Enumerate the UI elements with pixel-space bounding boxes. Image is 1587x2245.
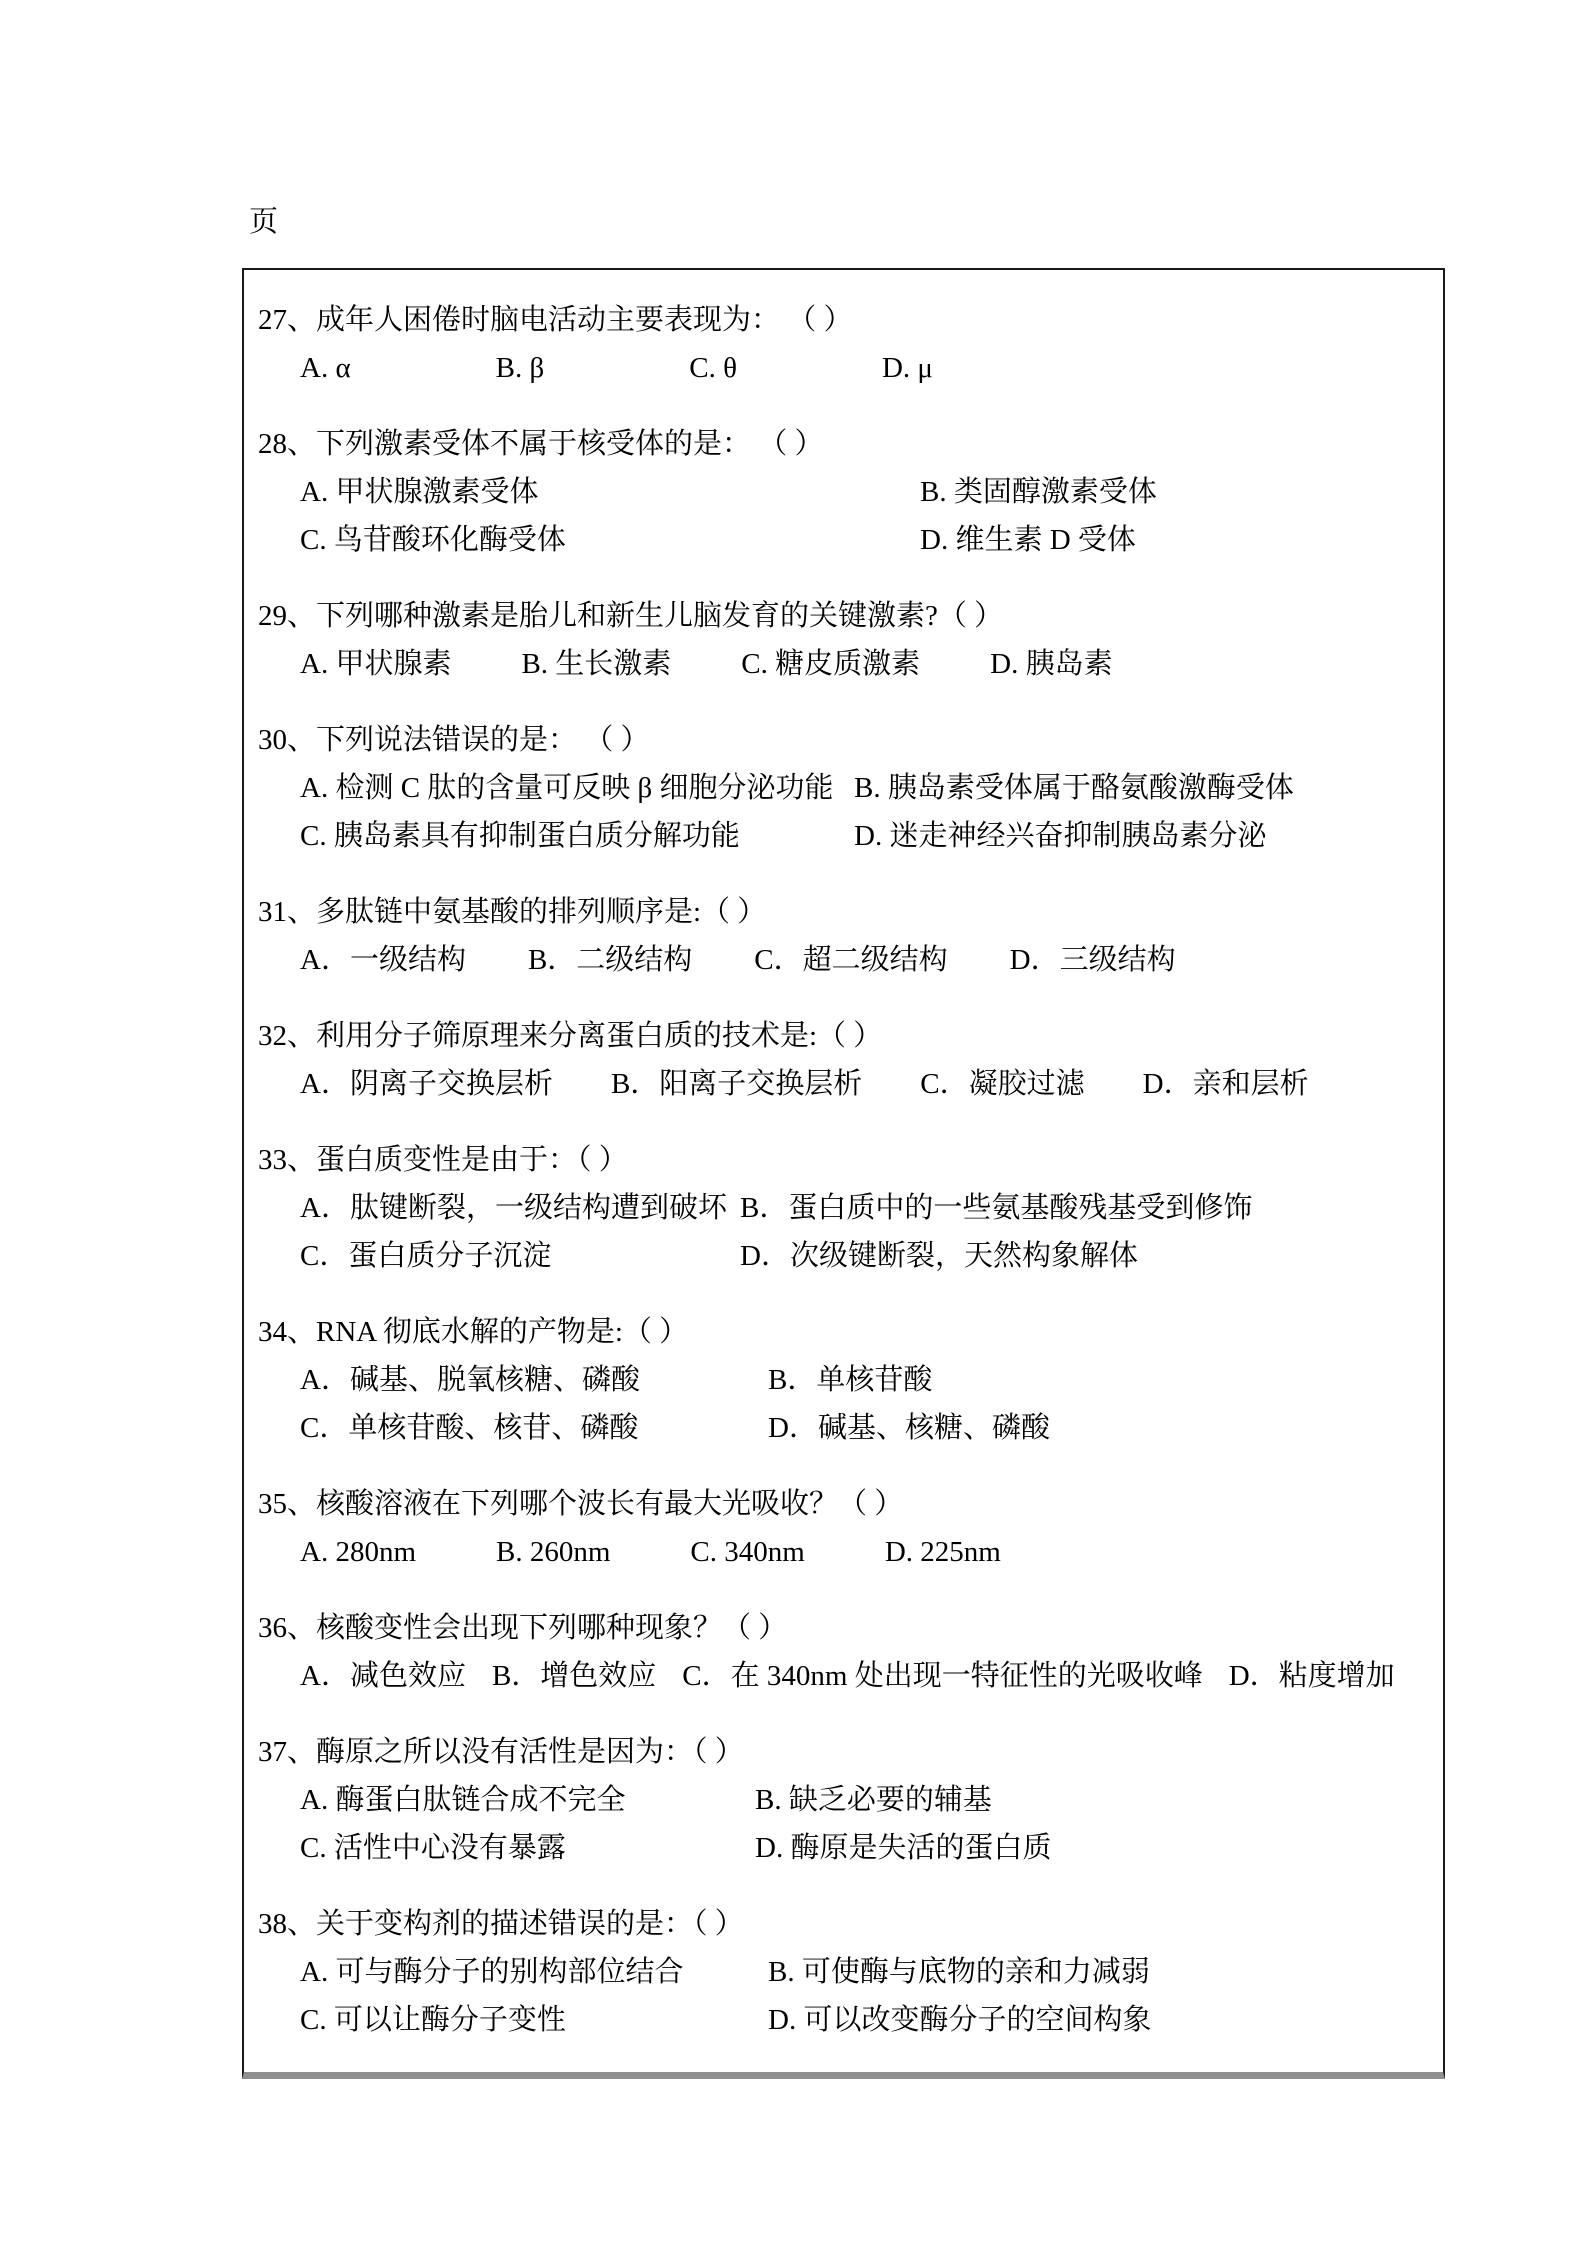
question-32: 32、利用分子筛原理来分离蛋白质的技术是:（ ） A．阴离子交换层析 B．阳离子… [258,1012,1425,1108]
question-37-option-d: D. 酶原是失活的蛋白质 [755,1824,1425,1872]
question-27-option-d: D. μ [882,344,933,392]
question-27-option-c: C. θ [689,344,737,392]
question-35-options: A. 280nm B. 260nm C. 340nm D. 225nm [258,1528,1425,1576]
question-37-option-c: C. 活性中心没有暴露 [300,1824,755,1872]
question-38-option-d: D. 可以改变酶分子的空间构象 [768,1996,1425,2044]
question-28: 28、下列激素受体不属于核受体的是： （ ） A. 甲状腺激素受体 B. 类固醇… [258,420,1425,564]
question-28-option-d: D. 维生素 D 受体 [920,516,1425,564]
question-33-stem: 33、蛋白质变性是由于：（ ） [258,1136,1425,1184]
question-36-stem: 36、核酸变性会出现下列哪种现象？（ ） [258,1604,1425,1652]
question-38-options-row-2: C. 可以让酶分子变性 D. 可以改变酶分子的空间构象 [258,1996,1425,2044]
question-36-option-c: C．在 340nm 处出现一特征性的光吸收峰 [682,1652,1202,1700]
question-29: 29、下列哪种激素是胎儿和新生儿脑发育的关键激素?（ ） A. 甲状腺素 B. … [258,592,1425,688]
page-corner-label: 页 [249,205,278,239]
question-37-options-row-1: A. 酶蛋白肽链合成不完全 B. 缺乏必要的辅基 [258,1776,1425,1824]
question-30-stem: 30、下列说法错误的是： （ ） [258,716,1425,764]
question-38-option-c: C. 可以让酶分子变性 [300,1996,768,2044]
question-35-option-d: D. 225nm [885,1528,1001,1576]
question-37: 37、酶原之所以没有活性是因为：（ ） A. 酶蛋白肽链合成不完全 B. 缺乏必… [258,1728,1425,1872]
question-37-option-b: B. 缺乏必要的辅基 [755,1776,1425,1824]
question-33-options-row-2: C．蛋白质分子沉淀 D．次级键断裂，天然构象解体 [258,1232,1425,1280]
question-35-option-a: A. 280nm [300,1528,416,1576]
question-30-options-row-2: C. 胰岛素具有抑制蛋白质分解功能 D. 迷走神经兴奋抑制胰岛素分泌 [258,812,1425,860]
question-31-option-c: C．超二级结构 [754,936,947,984]
question-37-option-a: A. 酶蛋白肽链合成不完全 [300,1776,755,1824]
question-28-option-b: B. 类固醇激素受体 [920,468,1425,516]
question-30-option-c: C. 胰岛素具有抑制蛋白质分解功能 [300,812,854,860]
question-34-option-c: C．单核苷酸、核苷、磷酸 [300,1404,768,1452]
questions-box: 27、成年人困倦时脑电活动主要表现为： （ ） A. α B. β C. θ D… [242,268,1445,2079]
question-31: 31、多肽链中氨基酸的排列顺序是:（ ） A．一级结构 B．二级结构 C．超二级… [258,888,1425,984]
question-38-option-a: A. 可与酶分子的别构部位结合 [300,1948,768,1996]
question-36-option-a: A．减色效应 [300,1652,466,1700]
question-31-stem: 31、多肽链中氨基酸的排列顺序是:（ ） [258,888,1425,936]
question-27-option-a: A. α [300,344,351,392]
question-33-option-a: A．肽键断裂，一级结构遭到破坏 [300,1184,740,1232]
question-30-options-row-1: A. 检测 C 肽的含量可反映 β 细胞分泌功能 B. 胰岛素受体属于酪氨酸激酶… [258,764,1425,812]
question-34: 34、RNA 彻底水解的产物是:（ ） A．碱基、脱氧核糖、磷酸 B．单核苷酸 … [258,1308,1425,1452]
question-36-option-b: B．增色效应 [492,1652,656,1700]
question-34-option-a: A．碱基、脱氧核糖、磷酸 [300,1356,768,1404]
question-34-option-d: D．碱基、核糖、磷酸 [768,1404,1425,1452]
question-29-option-a: A. 甲状腺素 [300,640,451,688]
question-38-stem: 38、关于变构剂的描述错误的是：（ ） [258,1900,1425,1948]
question-36-options: A．减色效应 B．增色效应 C．在 340nm 处出现一特征性的光吸收峰 D．粘… [258,1652,1425,1700]
question-32-stem: 32、利用分子筛原理来分离蛋白质的技术是:（ ） [258,1012,1425,1060]
question-28-options-row-2: C. 鸟苷酸环化酶受体 D. 维生素 D 受体 [258,516,1425,564]
question-33-option-c: C．蛋白质分子沉淀 [300,1232,740,1280]
question-33-option-b: B．蛋白质中的一些氨基酸残基受到修饰 [740,1184,1425,1232]
question-33-option-d: D．次级键断裂，天然构象解体 [740,1232,1425,1280]
question-28-options-row-1: A. 甲状腺激素受体 B. 类固醇激素受体 [258,468,1425,516]
question-27-option-b: B. β [496,344,545,392]
question-31-option-d: D．三级结构 [1010,936,1176,984]
question-29-option-d: D. 胰岛素 [990,640,1112,688]
question-38-option-b: B. 可使酶与底物的亲和力减弱 [768,1948,1425,1996]
question-32-option-c: C．凝胶过滤 [920,1060,1084,1108]
question-33-options-row-1: A．肽键断裂，一级结构遭到破坏 B．蛋白质中的一些氨基酸残基受到修饰 [258,1184,1425,1232]
question-29-option-b: B. 生长激素 [521,640,671,688]
question-27-stem: 27、成年人困倦时脑电活动主要表现为： （ ） [258,296,1425,344]
question-28-stem: 28、下列激素受体不属于核受体的是： （ ） [258,420,1425,468]
question-31-option-a: A．一级结构 [300,936,466,984]
question-37-options-row-2: C. 活性中心没有暴露 D. 酶原是失活的蛋白质 [258,1824,1425,1872]
question-27: 27、成年人困倦时脑电活动主要表现为： （ ） A. α B. β C. θ D… [258,296,1425,392]
question-30-option-a: A. 检测 C 肽的含量可反映 β 细胞分泌功能 [300,764,854,812]
question-36: 36、核酸变性会出现下列哪种现象？（ ） A．减色效应 B．增色效应 C．在 3… [258,1604,1425,1700]
question-30-option-d: D. 迷走神经兴奋抑制胰岛素分泌 [854,812,1425,860]
question-27-options: A. α B. β C. θ D. μ [258,344,1425,392]
question-30: 30、下列说法错误的是： （ ） A. 检测 C 肽的含量可反映 β 细胞分泌功… [258,716,1425,860]
question-35-stem: 35、核酸溶液在下列哪个波长有最大光吸收？（ ） [258,1480,1425,1528]
question-33: 33、蛋白质变性是由于：（ ） A．肽键断裂，一级结构遭到破坏 B．蛋白质中的一… [258,1136,1425,1280]
question-34-stem: 34、RNA 彻底水解的产物是:（ ） [258,1308,1425,1356]
question-32-option-a: A．阴离子交换层析 [300,1060,553,1108]
question-32-options: A．阴离子交换层析 B．阳离子交换层析 C．凝胶过滤 D．亲和层析 [258,1060,1425,1108]
question-28-option-c: C. 鸟苷酸环化酶受体 [300,516,920,564]
question-32-option-d: D．亲和层析 [1143,1060,1309,1108]
question-31-options: A．一级结构 B．二级结构 C．超二级结构 D．三级结构 [258,936,1425,984]
question-37-stem: 37、酶原之所以没有活性是因为：（ ） [258,1728,1425,1776]
question-34-options-row-1: A．碱基、脱氧核糖、磷酸 B．单核苷酸 [258,1356,1425,1404]
question-35-option-c: C. 340nm [690,1528,804,1576]
question-38: 38、关于变构剂的描述错误的是：（ ） A. 可与酶分子的别构部位结合 B. 可… [258,1900,1425,2044]
exam-page: 页 27、成年人困倦时脑电活动主要表现为： （ ） A. α B. β C. θ… [0,0,1587,2245]
question-29-option-c: C. 糖皮质激素 [741,640,920,688]
question-35-option-b: B. 260nm [496,1528,610,1576]
question-34-options-row-2: C．单核苷酸、核苷、磷酸 D．碱基、核糖、磷酸 [258,1404,1425,1452]
question-31-option-b: B．二级结构 [528,936,692,984]
question-34-option-b: B．单核苷酸 [768,1356,1425,1404]
question-29-stem: 29、下列哪种激素是胎儿和新生儿脑发育的关键激素?（ ） [258,592,1425,640]
question-32-option-b: B．阳离子交换层析 [611,1060,862,1108]
question-29-options: A. 甲状腺素 B. 生长激素 C. 糖皮质激素 D. 胰岛素 [258,640,1425,688]
question-30-option-b: B. 胰岛素受体属于酪氨酸激酶受体 [854,764,1425,812]
question-38-options-row-1: A. 可与酶分子的别构部位结合 B. 可使酶与底物的亲和力减弱 [258,1948,1425,1996]
question-28-option-a: A. 甲状腺激素受体 [300,468,920,516]
question-35: 35、核酸溶液在下列哪个波长有最大光吸收？（ ） A. 280nm B. 260… [258,1480,1425,1576]
question-36-option-d: D．粘度增加 [1229,1652,1395,1700]
